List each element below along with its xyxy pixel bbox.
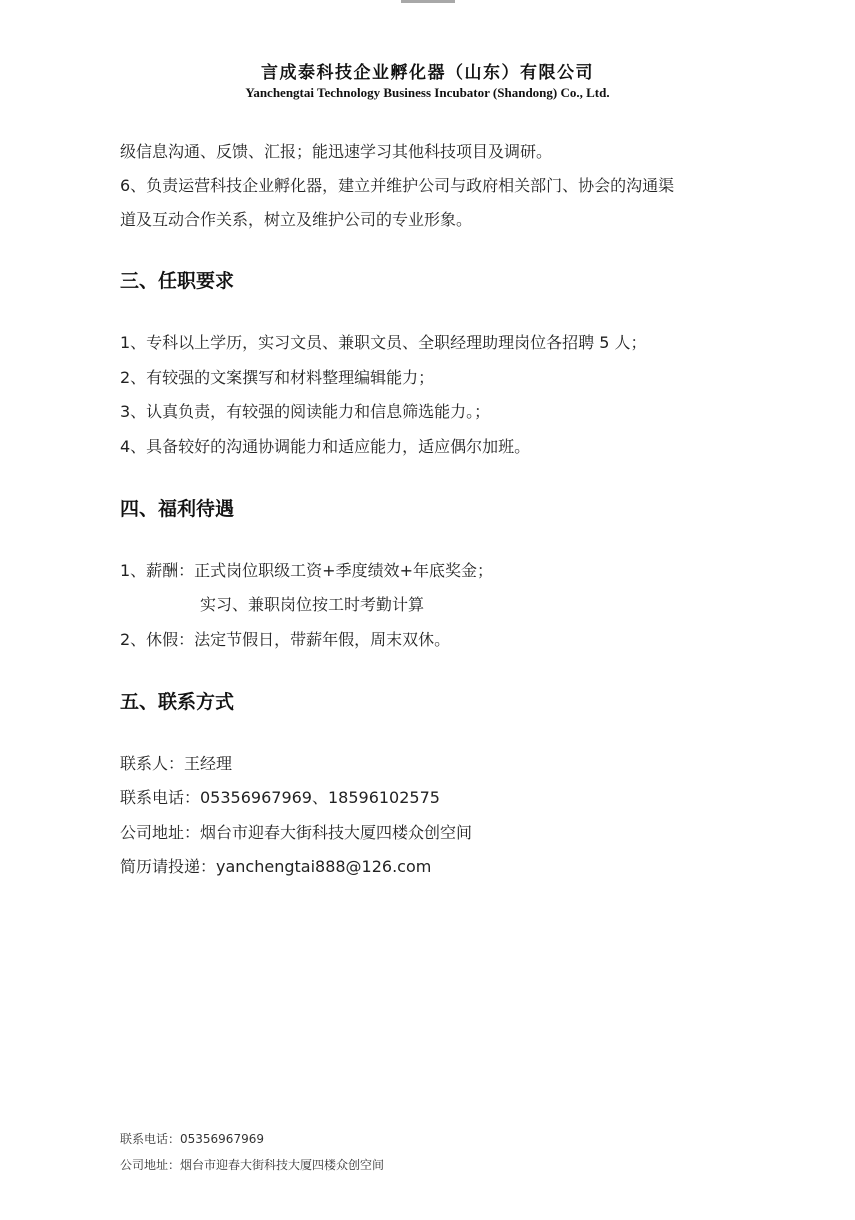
benefit-item: 2、休假：法定节假日，带薪年假，周末双休。 [120,629,450,651]
contact-phone: 联系电话：05356967969、18596102575 [120,787,440,809]
requirement-item: 4、具备较好的沟通协调能力和适应能力，适应偶尔加班。 [120,436,530,458]
letterhead: 言成泰科技企业孵化器（山东）有限公司 Yanchengtai Technolog… [0,62,855,101]
footer-phone: 联系电话：05356967969 [120,1131,264,1147]
requirement-item: 2、有较强的文案撰写和材料整理编辑能力； [120,367,434,389]
requirement-item: 1、专科以上学历，实习文员、兼职文员、全职经理助理岗位各招聘 5 人； [120,332,647,354]
contact-email[interactable]: 简历请投递：yanchengtai888@126.com [120,856,431,878]
section-title-benefits: 四、福利待遇 [120,497,234,521]
company-name-en: Yanchengtai Technology Business Incubato… [0,85,855,101]
footer-address: 公司地址：烟台市迎春大街科技大厦四楼众创空间 [120,1157,384,1173]
duty-item-6-cont: 道及互动合作关系，树立及维护公司的专业形象。 [120,209,472,231]
contact-person: 联系人：王经理 [120,753,232,775]
duty-item-6: 6、负责运营科技企业孵化器，建立并维护公司与政府相关部门、协会的沟通渠 [120,175,674,197]
page-scroll-indicator [401,0,455,3]
contact-address: 公司地址：烟台市迎春大街科技大厦四楼众创空间 [120,822,472,844]
company-name-cn: 言成泰科技企业孵化器（山东）有限公司 [0,62,855,84]
section-title-requirements: 三、任职要求 [120,269,234,293]
benefit-item: 1、薪酬：正式岗位职级工资+季度绩效+年底奖金； [120,560,493,582]
requirement-item: 3、认真负责，有较强的阅读能力和信息筛选能力。； [120,401,490,423]
benefit-item-cont: 实习、兼职岗位按工时考勤计算 [200,594,424,616]
section-title-contact: 五、联系方式 [120,690,234,714]
paragraph-line: 级信息沟通、反馈、汇报；能迅速学习其他科技项目及调研。 [120,141,552,163]
